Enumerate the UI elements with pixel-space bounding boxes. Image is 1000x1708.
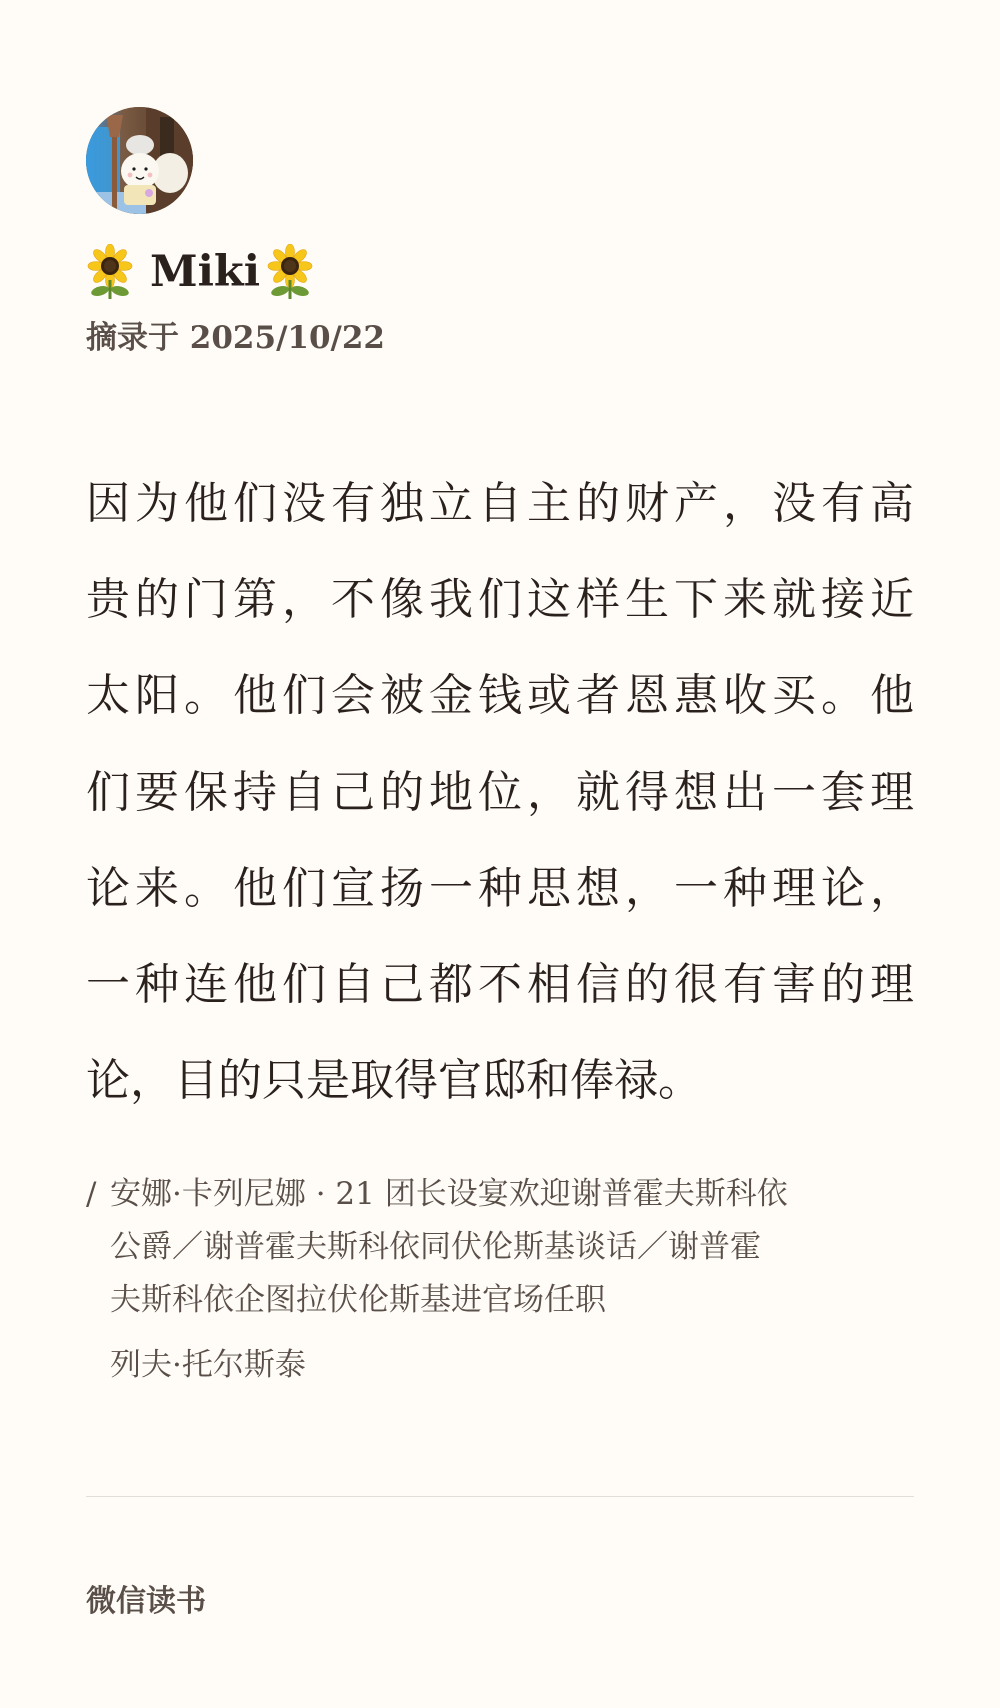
quote-line: 们要保持自己的地位，就得想出一套理 <box>86 745 914 841</box>
source-slash: / <box>86 1168 110 1221</box>
quote-line-last: 论，目的只是取得官邸和俸禄。 <box>86 1033 914 1129</box>
source-line: 夫斯科依企图拉伏伦斯基进官场任职 <box>86 1274 914 1327</box>
quote-line: 贵的门第，不像我们这样生下来就接近 <box>86 552 914 648</box>
quote-text: 因为他们没有独立自主的财产，没有高 贵的门第，不像我们这样生下来就接近 太阳。他… <box>86 456 914 1129</box>
avatar-photo-icon <box>86 107 193 214</box>
divider <box>86 1496 914 1497</box>
source-chapter-text: 安娜·卡列尼娜 · 21 团长设宴欢迎谢普霍夫斯科依 <box>110 1176 788 1212</box>
source-line: 公爵／谢普霍夫斯科依同伏伦斯基谈话／谢普霍 <box>86 1221 914 1274</box>
quote-line: 一种连他们自己都不相信的很有害的理 <box>86 937 914 1033</box>
book-author: 列夫·托尔斯泰 <box>110 1342 306 1388</box>
quote-line: 太阳。他们会被金钱或者恩惠收买。他 <box>86 648 914 744</box>
source-citation: /安娜·卡列尼娜 · 21 团长设宴欢迎谢普霍夫斯科依 公爵／谢普霍夫斯科依同伏… <box>86 1168 914 1327</box>
sunflower-icon <box>266 244 314 300</box>
source-line: /安娜·卡列尼娜 · 21 团长设宴欢迎谢普霍夫斯科依 <box>86 1168 914 1221</box>
sunflower-icon <box>86 244 134 300</box>
profile-name-row: Miki <box>86 244 314 300</box>
excerpt-date: 摘录于 2025/10/22 <box>86 318 385 358</box>
username: Miki <box>150 244 260 300</box>
avatar[interactable] <box>86 107 193 214</box>
quote-line: 论来。他们宣扬一种思想，一种理论， <box>86 841 914 937</box>
brand-label: 微信读书 <box>86 1582 206 1622</box>
quote-line: 因为他们没有独立自主的财产，没有高 <box>86 456 914 552</box>
